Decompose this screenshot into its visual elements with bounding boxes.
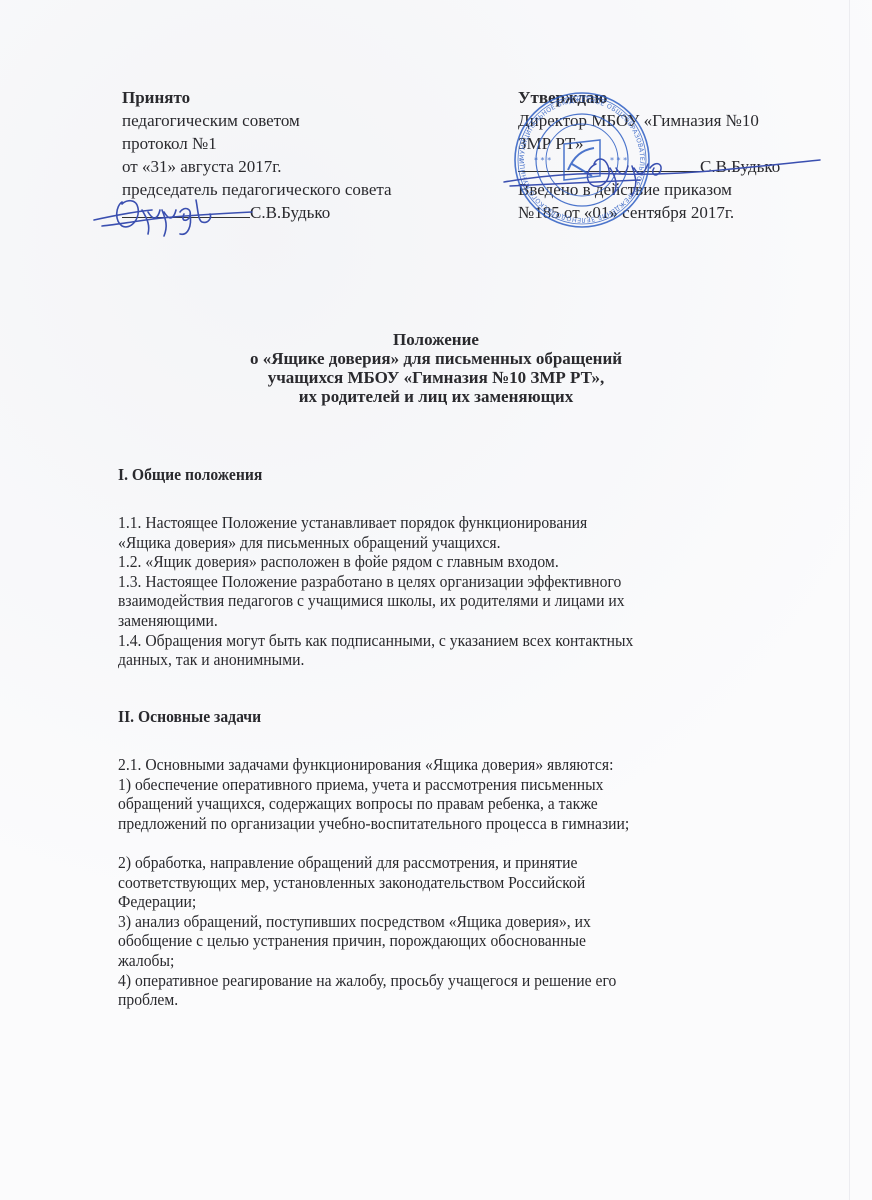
paragraph-line: 4) оперативное реагирование на жалобу, п… — [118, 971, 790, 991]
confirmed-line: Директор МБОУ «Гимназия №10 — [518, 109, 780, 132]
enacted-line: №185 от «01» сентября 2017г. — [518, 201, 780, 224]
confirmed-signer: С.В.Будько — [700, 157, 780, 176]
paragraph-line: соответствующих мер, установленных закон… — [118, 873, 790, 893]
paragraph-line: предложений по организации учебно-воспит… — [118, 814, 790, 834]
paragraph-line: заменяющими. — [118, 611, 790, 631]
paragraph-line: проблем. — [118, 990, 790, 1010]
document-title: Положение о «Ящике доверия» для письменн… — [0, 330, 872, 406]
paragraph-line: 2.1. Основными задачами функционирования… — [118, 755, 790, 775]
paragraph-line: 2) обработка, направление обращений для … — [118, 853, 790, 873]
scanned-document-page: Принято педагогическим советом протокол … — [0, 0, 872, 1200]
approved-title: Принято — [122, 86, 392, 109]
paragraph-line: 1) обеспечение оперативного приема, учет… — [118, 775, 790, 795]
paragraph-line: 3) анализ обращений, поступивших посредс… — [118, 912, 790, 932]
confirmed-block: Утверждаю Директор МБОУ «Гимназия №10 ЗМ… — [518, 86, 780, 224]
paragraph-line: 1.1. Настоящее Положение устанавливает п… — [118, 513, 790, 533]
approved-line: председатель педагогического совета — [122, 178, 392, 201]
paragraph-line: 1.4. Обращения могут быть как подписанны… — [118, 631, 790, 651]
title-line: Положение — [0, 330, 872, 349]
blank-line — [118, 833, 790, 853]
paragraph-line: 1.3. Настоящее Положение разработано в ц… — [118, 572, 790, 592]
section-heading: I. Общие положения — [118, 465, 262, 485]
approved-line: от «31» августа 2017г. — [122, 155, 392, 178]
section-body: 2.1. Основными задачами функционирования… — [118, 755, 790, 1010]
confirmed-line: ЗМР РТ» — [518, 132, 780, 155]
paragraph-line: Федерации; — [118, 892, 790, 912]
confirmed-signature-line: С.В.Будько — [518, 155, 780, 178]
approved-block: Принято педагогическим советом протокол … — [122, 86, 392, 224]
paragraph-line: обращений учащихся, содержащих вопросы п… — [118, 794, 790, 814]
approved-signer: С.В.Будько — [250, 203, 330, 222]
signature-underline — [518, 171, 700, 172]
approved-signature-line: С.В.Будько — [122, 201, 392, 224]
section-body: 1.1. Настоящее Положение устанавливает п… — [118, 513, 790, 670]
approved-line: педагогическим советом — [122, 109, 392, 132]
paragraph-line: взаимодействия педагогов с учащимися шко… — [118, 591, 790, 611]
paragraph-line: жалобы; — [118, 951, 790, 971]
approved-line: протокол №1 — [122, 132, 392, 155]
confirmed-title: Утверждаю — [518, 86, 780, 109]
paragraph-line: обобщение с целью устранения причин, пор… — [118, 931, 790, 951]
enacted-line: Введено в действие приказом — [518, 178, 780, 201]
paragraph-line: «Ящика доверия» для письменных обращений… — [118, 533, 790, 553]
bleed-through-artifact — [190, 1080, 350, 1180]
paragraph-line: 1.2. «Ящик доверия» расположен в фойе ря… — [118, 552, 790, 572]
section-heading: II. Основные задачи — [118, 707, 261, 727]
paragraph-line: данных, так и анонимными. — [118, 650, 790, 670]
signature-underline — [122, 217, 250, 218]
scan-edge — [849, 0, 850, 1200]
title-line: учащихся МБОУ «Гимназия №10 ЗМР РТ», — [0, 368, 872, 387]
title-line: о «Ящике доверия» для письменных обращен… — [0, 349, 872, 368]
title-line: их родителей и лиц их заменяющих — [0, 387, 872, 406]
